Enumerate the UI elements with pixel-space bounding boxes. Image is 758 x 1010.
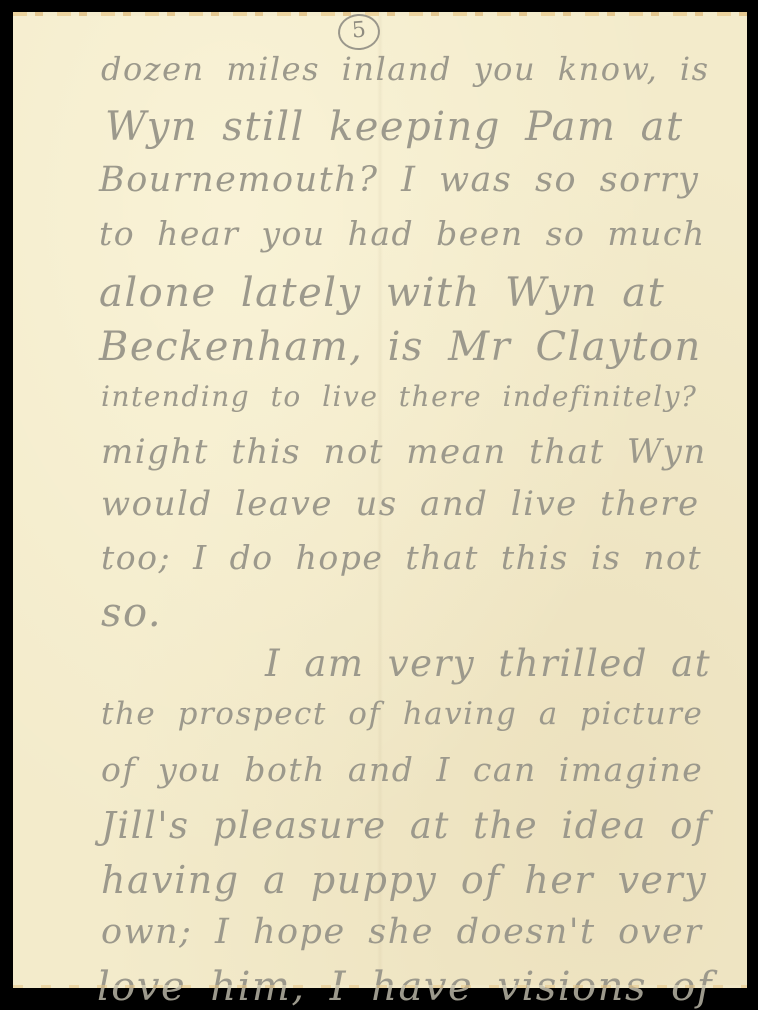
letter-line-10: too; I do hope that this is not: [101, 538, 702, 577]
letter-line-11: so.: [101, 590, 162, 636]
letter-line-1: dozen miles inland you know, is: [101, 50, 710, 88]
letter-line-6: Beckenham, is Mr Clayton: [99, 324, 702, 370]
letter-line-14: of you both and I can imagine: [101, 750, 703, 789]
letter-line-2: Wyn still keeping Pam at: [105, 104, 684, 150]
letter-line-18: love him, I have visions of: [97, 964, 713, 1000]
letter-page: 5 dozen miles inland you know, is Wyn st…: [13, 12, 747, 988]
page-number: 5: [337, 13, 381, 52]
letter-line-9: would leave us and live there: [101, 484, 700, 524]
letter-line-8: might this not mean that Wyn: [101, 432, 707, 472]
letter-line-16: having a puppy of her very: [101, 858, 707, 902]
letter-line-4: to hear you had been so much: [99, 214, 706, 253]
letter-line-7: intending to live there indefinitely?: [101, 380, 697, 413]
letter-line-3: Bournemouth? I was so sorry: [99, 160, 699, 200]
letter-line-5: alone lately with Wyn at: [99, 270, 665, 316]
letter-line-15: Jill's pleasure at the idea of: [101, 804, 709, 847]
letter-line-12: I am very thrilled at: [265, 642, 711, 685]
letter-line-13: the prospect of having a picture: [101, 696, 703, 732]
letter-line-17: own; I hope she doesn't over: [101, 912, 702, 952]
